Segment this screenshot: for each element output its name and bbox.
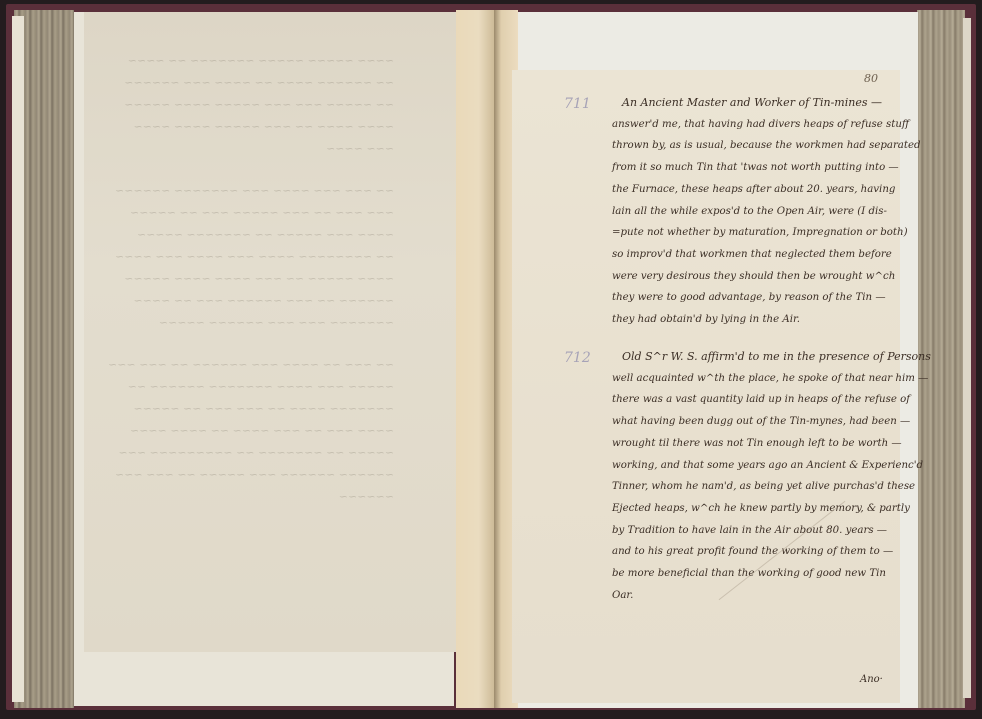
entry-line: answer'd me, that having had divers heap… bbox=[612, 114, 882, 136]
entry-line: from it so much Tin that 'twas not worth… bbox=[612, 157, 882, 179]
entry-line: so improv'd that workmen that neglected … bbox=[612, 244, 882, 266]
entry-line: Tinner, whom he nam'd, as being yet aliv… bbox=[612, 476, 882, 498]
entry-line: were very desirous they should then be w… bbox=[612, 266, 882, 288]
entry-number: 712 bbox=[564, 350, 591, 366]
entry-text: An Ancient Master and Worker of Tin-mine… bbox=[612, 92, 882, 331]
entry-line: by Tradition to have lain in the Air abo… bbox=[612, 520, 882, 542]
entry-line: they had obtain'd by lying in the Air. bbox=[612, 309, 882, 331]
entry-line: An Ancient Master and Worker of Tin-mine… bbox=[612, 92, 882, 114]
gutter-left bbox=[456, 10, 494, 708]
right-page-leaf: 80 711 An Ancient Master and Worker of T… bbox=[512, 70, 900, 703]
entry-line: be more beneficial than the working of g… bbox=[612, 563, 882, 585]
entry-line: =pute not whether by maturation, Impregn… bbox=[612, 222, 882, 244]
catchword: Ano· bbox=[860, 674, 883, 685]
entry-line: they were to good advantage, by reason o… bbox=[612, 287, 882, 309]
left-page-showthrough-text: ~~~~ ~~~~~ ~~~~~ ~~~~~~~ ~~ ~~~~~~ ~~~~~… bbox=[94, 50, 394, 528]
entry-line: there was a vast quantity laid up in hea… bbox=[612, 389, 882, 411]
entry-line: and to his great profit found the workin… bbox=[612, 541, 882, 563]
entry-line: the Furnace, these heaps after about 20.… bbox=[612, 179, 882, 201]
entry-line: working, and that some years ago an Anci… bbox=[612, 455, 882, 477]
entry-line: thrown by, as is usual, because the work… bbox=[612, 135, 882, 157]
entry-line: what having been dugg out of the Tin-myn… bbox=[612, 411, 882, 433]
entry-line: well acquainted w^th the place, he spoke… bbox=[612, 368, 882, 390]
folio-number: 80 bbox=[864, 72, 878, 85]
entry-line: Oar. bbox=[612, 585, 882, 607]
left-page-leaf: ~~~~ ~~~~~ ~~~~~ ~~~~~~~ ~~ ~~~~~~ ~~~~~… bbox=[84, 12, 456, 652]
entry-number: 711 bbox=[564, 96, 591, 112]
left-page-edges bbox=[14, 10, 74, 708]
entry-line: wrought til there was not Tin enough lef… bbox=[612, 433, 882, 455]
entry-line: Ejected heaps, w^ch he knew partly by me… bbox=[612, 498, 882, 520]
entry-text: Old S^r W. S. affirm'd to me in the pres… bbox=[612, 346, 882, 606]
entry-line: lain all the while expos'd to the Open A… bbox=[612, 201, 882, 223]
entry-line: Old S^r W. S. affirm'd to me in the pres… bbox=[612, 346, 882, 368]
